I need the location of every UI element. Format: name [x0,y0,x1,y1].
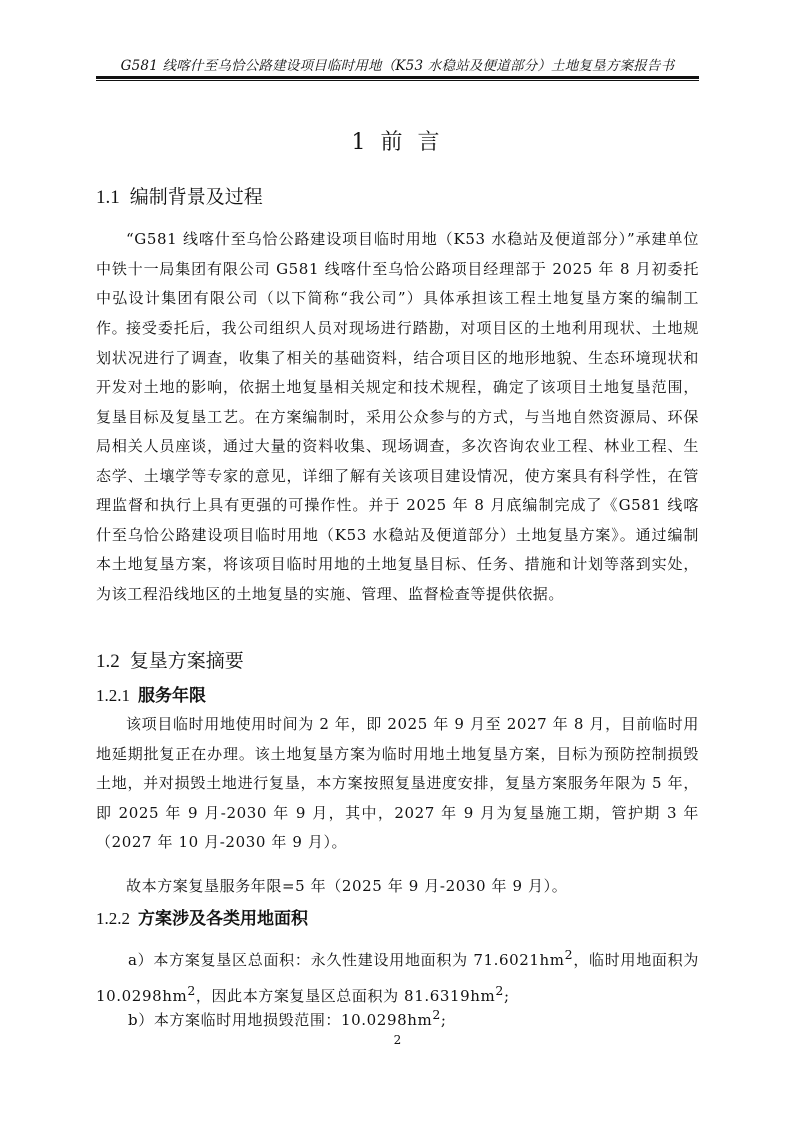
superscript: 2 [495,983,504,998]
subsection-title: 服务年限 [138,686,206,706]
header-rule [96,76,699,81]
list-label: b） [128,1011,154,1029]
subsection-heading-1-2-1: 1.2.1服务年限 [96,681,206,706]
section-heading-1-2: 1.2复垦方案摘要 [96,646,244,673]
superscript: 2 [432,1007,441,1022]
running-title: G581 线喀什至乌恰公路建设项目临时用地（K53 水稳站及便道部分）土地复垦方… [96,54,699,74]
subsection-title: 方案涉及各类用地面积 [138,909,308,929]
section-number: 1.1 [96,187,120,208]
subsection-heading-1-2-2: 1.2.2方案涉及各类用地面积 [96,904,308,929]
section-title: 编制背景及过程 [130,186,263,208]
section-heading-1-1: 1.1编制背景及过程 [96,182,263,209]
section-title: 复垦方案摘要 [130,650,244,672]
subsection-number: 1.2.1 [96,686,130,705]
paragraph-background-2: 接受委托后，我公司组织人员对现场进行踏勘，对项目区的土地利用现状、土地规划状况进… [96,314,699,609]
list-label: a） [128,951,153,969]
paragraph-service-years-conclusion: 故本方案复垦服务年限=5 年（2025 年 9 月-2030 年 9 月）。 [96,872,699,902]
header-rule-thick [96,76,699,79]
list-item-b: b）本方案临时用地损毁范围：10.0298hm2; [96,1000,699,1036]
superscript: 2 [187,983,196,998]
subsection-number: 1.2.2 [96,909,130,928]
chapter-title: 1 前 言 [96,125,699,156]
list-text: 本方案复垦区总面积：永久性建设用地面积为 71.6021hm [153,951,564,969]
superscript: 2 [565,947,574,962]
section-number: 1.2 [96,651,120,672]
list-text: ; [441,1011,447,1029]
page-number: 2 [96,1033,699,1047]
paragraph-service-years: 该项目临时用地使用时间为 2 年，即 2025 年 9 月至 2027 年 8 … [96,710,699,858]
header-rule-thin [96,80,699,81]
list-text: 本方案临时用地损毁范围：10.0298hm [154,1011,433,1029]
